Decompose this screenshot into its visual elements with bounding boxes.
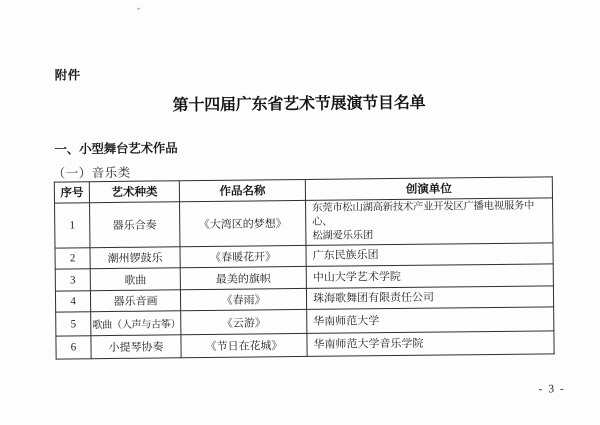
cell-work: 最美的旗帜 [180, 266, 306, 289]
table-row: 6 小提琴协奏 《节日在花城》 华南师范大学音乐学院 [56, 331, 554, 359]
scan-artifact-dot [137, 8, 140, 10]
cell-work: 《大湾区的梦想》 [180, 200, 306, 246]
cell-type: 潮州锣鼓乐 [90, 247, 180, 269]
cell-unit: 东莞市松山湖高新技术产业开发区广播电视服务中心、 松湖爱乐乐团 [306, 198, 553, 246]
cell-work: 《节日在花城》 [181, 333, 307, 357]
cell-unit: 中山大学艺术学院 [306, 264, 553, 289]
col-header-type: 艺术种类 [89, 181, 179, 203]
program-table: 序号 艺术种类 作品名称 创演单位 1 器乐合奏 《大湾区的梦想》 东莞市松山湖… [54, 176, 555, 359]
cell-type: 器乐合奏 [90, 202, 180, 248]
cell-work: 《春雨》 [180, 288, 306, 310]
col-header-no: 序号 [54, 182, 89, 203]
scanned-document-page: 附件 第十四届广东省艺术节展演节目名单 一、小型舞台艺术作品 （一）音乐类 序号… [0, 0, 600, 425]
program-table-body: 1 器乐合奏 《大湾区的梦想》 东莞市松山湖高新技术产业开发区广播电视服务中心、… [55, 198, 555, 359]
section-heading: 一、小型舞台艺术作品 [54, 138, 177, 157]
cell-no: 1 [55, 203, 90, 248]
cell-no: 3 [55, 269, 90, 291]
col-header-unit: 创演单位 [305, 177, 552, 201]
cell-unit: 珠海歌舞团有限责任公司 [306, 286, 553, 310]
cell-no: 4 [55, 291, 90, 312]
cell-unit: 华南师范大学音乐学院 [307, 331, 554, 357]
cell-unit: 华南师范大学 [307, 307, 554, 334]
scan-tilt-layer: 附件 第十四届广东省艺术节展演节目名单 一、小型舞台艺术作品 （一）音乐类 序号… [0, 0, 600, 425]
cell-type: 歌曲 [90, 268, 180, 291]
cell-work: 《春暖花开》 [180, 245, 306, 267]
subsection-heading: （一）音乐类 [53, 163, 131, 182]
cell-type: 器乐音画 [90, 290, 180, 312]
page-number: - 3 - [522, 383, 582, 396]
cell-work: 《云游》 [181, 309, 307, 334]
document-title: 第十四届广东省艺术节展演节目名单 [0, 88, 599, 117]
cell-no: 5 [56, 312, 91, 336]
cell-no: 6 [56, 336, 91, 359]
cell-type: 小提琴协奏 [91, 335, 181, 359]
attachment-label: 附件 [55, 65, 81, 83]
cell-unit: 广东民族乐团 [306, 243, 553, 267]
cell-no: 2 [55, 248, 90, 269]
col-header-work: 作品名称 [179, 179, 305, 201]
cell-type: 歌曲（人声与古筝） [91, 311, 181, 336]
table-row: 1 器乐合奏 《大湾区的梦想》 东莞市松山湖高新技术产业开发区广播电视服务中心、… [55, 198, 553, 248]
